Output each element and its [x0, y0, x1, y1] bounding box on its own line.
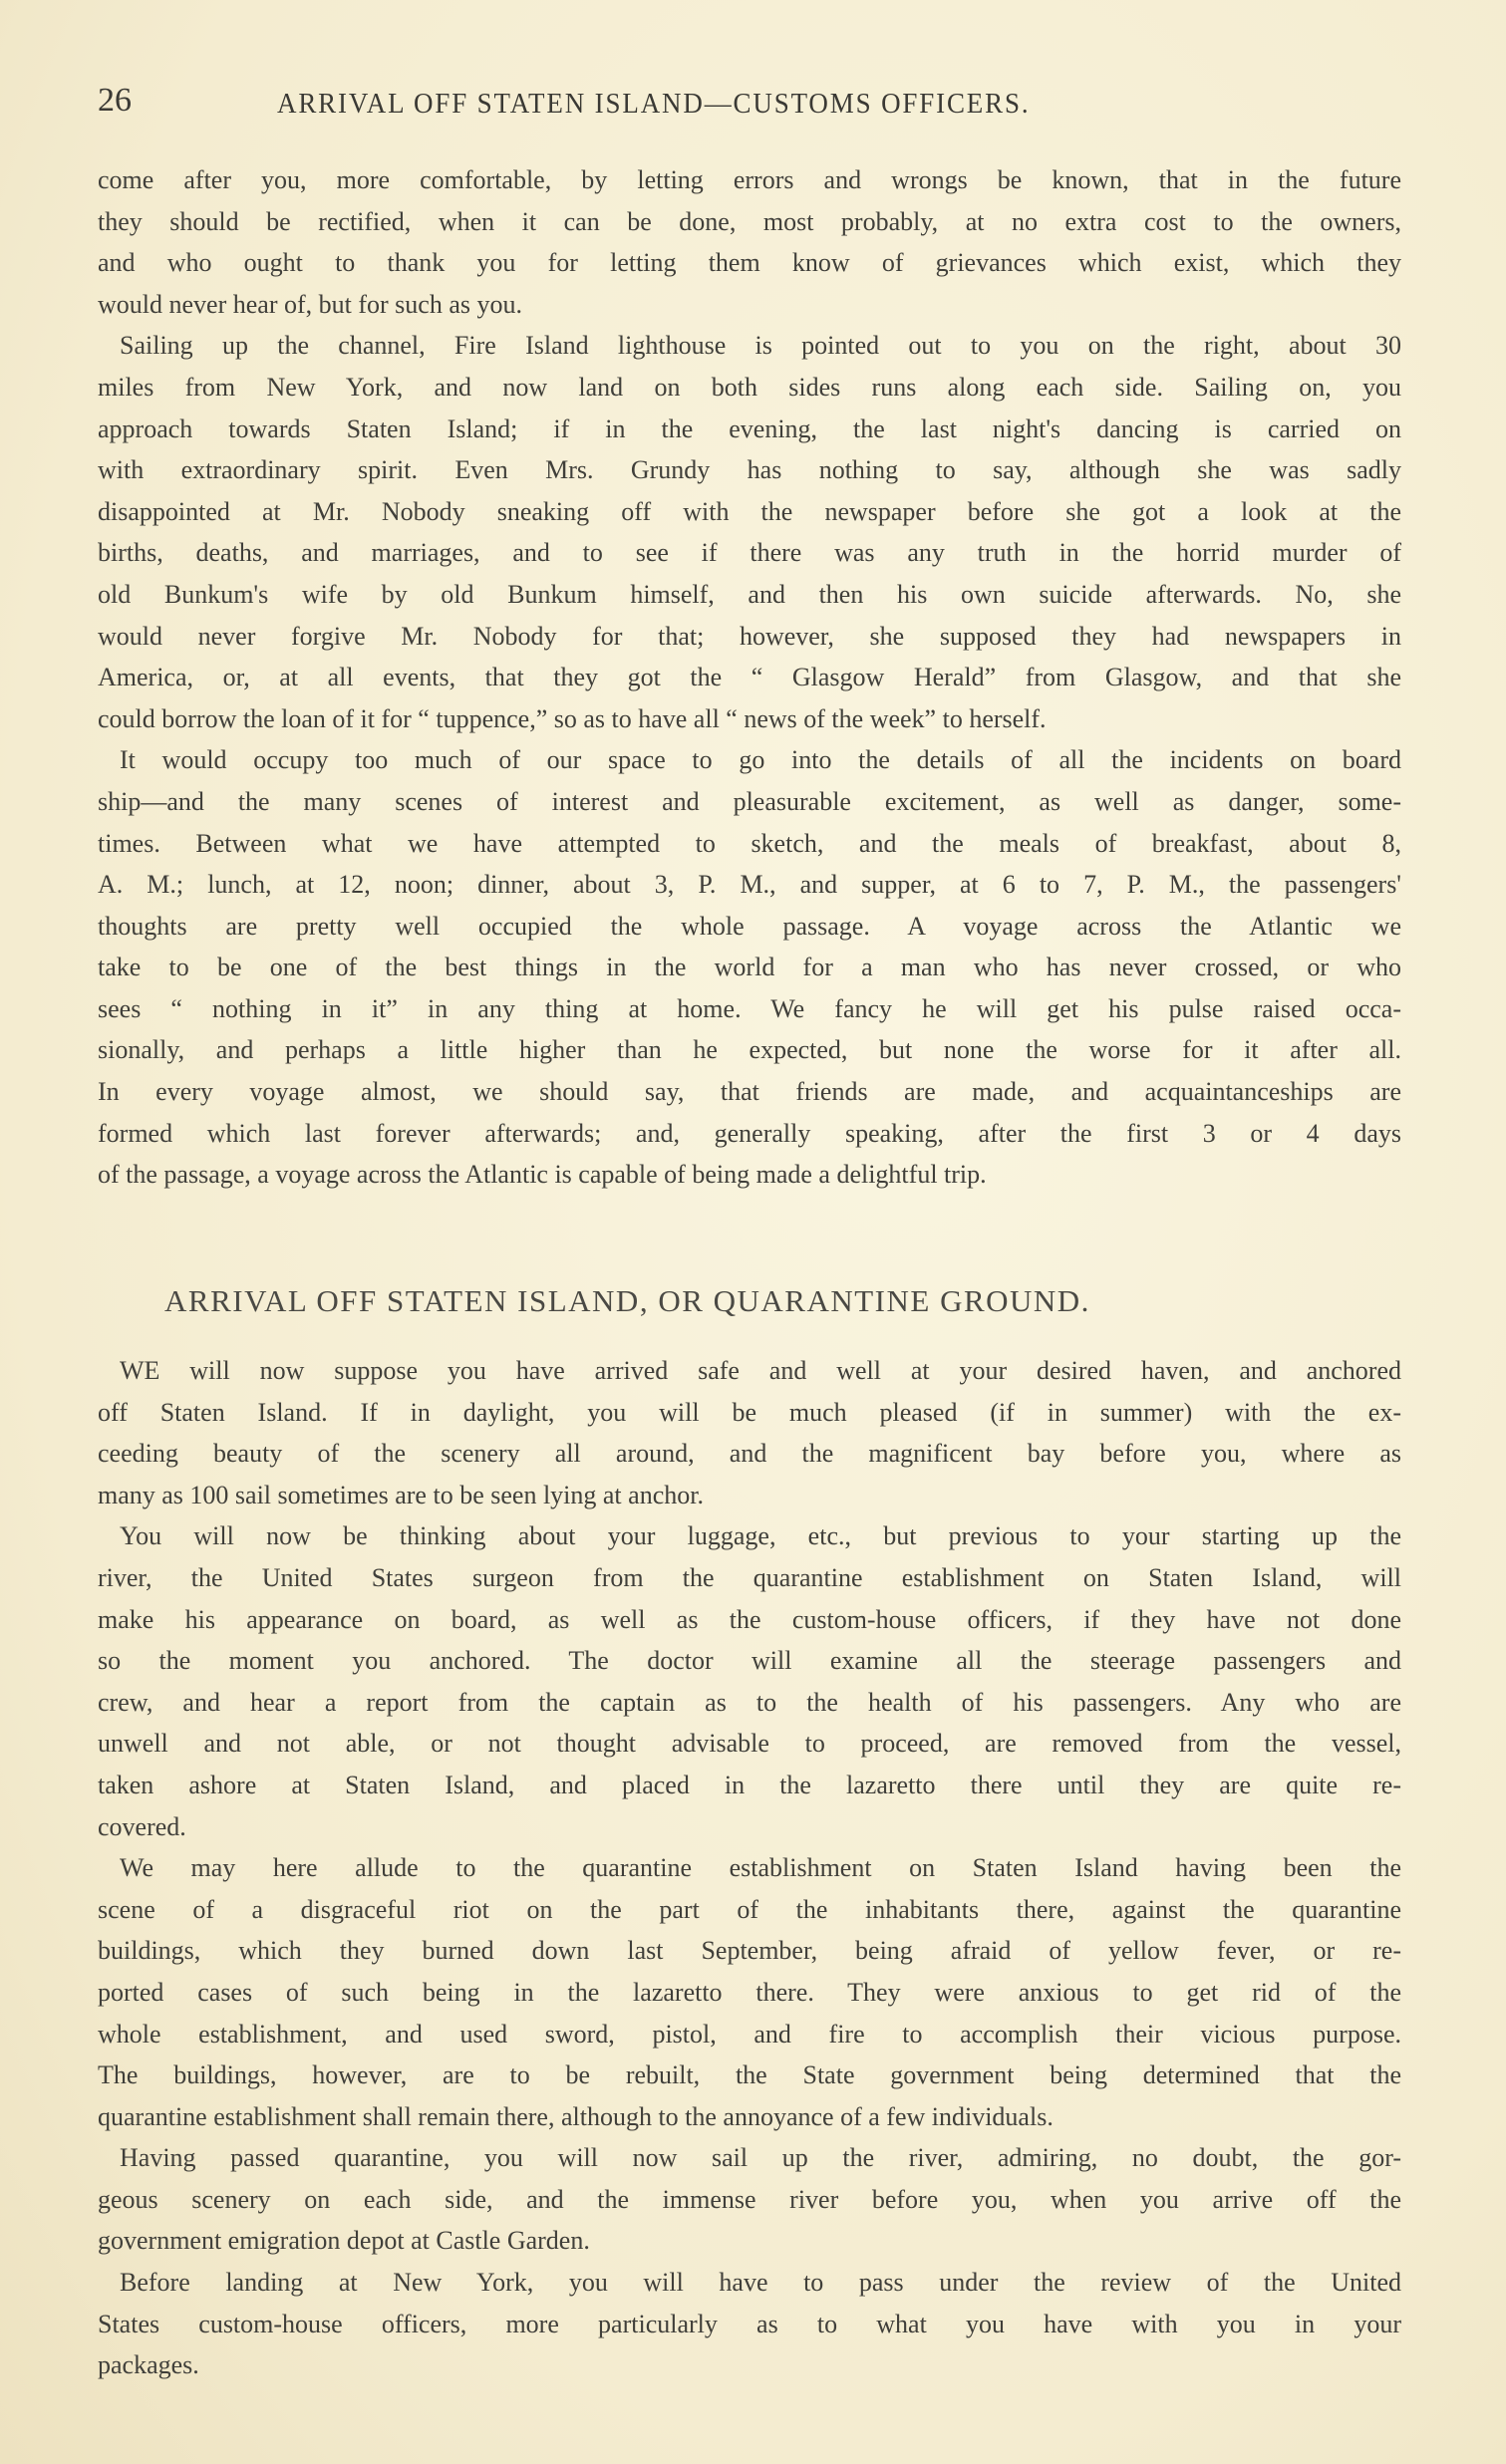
- text-line: ported cases of such being in the lazare…: [98, 1972, 1401, 2014]
- text-line: Sailing up the channel, Fire Island ligh…: [98, 325, 1401, 367]
- page-header: 26 ARRIVAL OFF STATEN ISLAND—CUSTOMS OFF…: [98, 82, 1413, 132]
- text-line: so the moment you anchored. The doctor w…: [98, 1640, 1401, 1682]
- text-line: births, deaths, and marriages, and to se…: [98, 532, 1401, 574]
- text-line: come after you, more comfortable, by let…: [98, 159, 1401, 201]
- text-line: thoughts are pretty well occupied the wh…: [98, 906, 1401, 948]
- text-line: off Staten Island. If in daylight, you w…: [98, 1392, 1401, 1434]
- text-line: The buildings, however, are to be rebuil…: [98, 2054, 1401, 2096]
- text-line: buildings, which they burned down last S…: [98, 1930, 1401, 1972]
- text-line: and who ought to thank you for letting t…: [98, 242, 1401, 284]
- text-line: approach towards Staten Island; if in th…: [98, 409, 1401, 450]
- text-line: covered.: [98, 1806, 1401, 1848]
- text-line: of the passage, a voyage across the Atla…: [98, 1154, 1401, 1196]
- text-line: whole establishment, and used sword, pis…: [98, 2014, 1401, 2055]
- text-line: We may here allude to the quarantine est…: [98, 1847, 1401, 1889]
- text-line: quarantine establishment shall remain th…: [98, 2096, 1401, 2138]
- section-heading: ARRIVAL OFF STATEN ISLAND, OR QUARANTINE…: [164, 1283, 1341, 1319]
- text-line: formed which last forever afterwards; an…: [98, 1113, 1401, 1155]
- text-line: You will now be thinking about your lugg…: [98, 1515, 1401, 1557]
- text-line: States custom-house officers, more parti…: [98, 2304, 1401, 2345]
- text-line: make his appearance on board, as well as…: [98, 1599, 1401, 1641]
- section-2-body: WE will now suppose you have arrived saf…: [98, 1350, 1401, 2386]
- text-line: America, or, at all events, that they go…: [98, 657, 1401, 698]
- text-line: scene of a disgraceful riot on the part …: [98, 1889, 1401, 1931]
- text-line: could borrow the loan of it for “ tuppen…: [98, 698, 1401, 740]
- text-line: Before landing at New York, you will hav…: [98, 2262, 1401, 2304]
- text-line: with extraordinary spirit. Even Mrs. Gru…: [98, 449, 1401, 491]
- running-head: ARRIVAL OFF STATEN ISLAND—CUSTOMS OFFICE…: [277, 88, 1030, 121]
- text-line: would never hear of, but for such as you…: [98, 284, 1401, 326]
- text-line: government emigration depot at Castle Ga…: [98, 2220, 1401, 2262]
- text-line: times. Between what we have attempted to…: [98, 823, 1401, 865]
- text-line: geous scenery on each side, and the imme…: [98, 2179, 1401, 2221]
- text-line: A. M.; lunch, at 12, noon; dinner, about…: [98, 864, 1401, 906]
- text-line: ship—and the many scenes of interest and…: [98, 781, 1401, 823]
- text-line: would never forgive Mr. Nobody for that;…: [98, 616, 1401, 658]
- text-line: crew, and hear a report from the captain…: [98, 1682, 1401, 1724]
- section-1-body: come after you, more comfortable, by let…: [98, 159, 1401, 1196]
- text-line: Having passed quarantine, you will now s…: [98, 2137, 1401, 2179]
- text-line: taken ashore at Staten Island, and place…: [98, 1765, 1401, 1806]
- text-line: It would occupy too much of our space to…: [98, 739, 1401, 781]
- text-line: ceeding beauty of the scenery all around…: [98, 1433, 1401, 1475]
- text-line: many as 100 sail sometimes are to be see…: [98, 1475, 1401, 1516]
- text-line: disappointed at Mr. Nobody sneaking off …: [98, 491, 1401, 533]
- text-line: take to be one of the best things in the…: [98, 947, 1401, 988]
- text-line: river, the United States surgeon from th…: [98, 1557, 1401, 1599]
- text-line: In every voyage almost, we should say, t…: [98, 1071, 1401, 1113]
- text-line: sees “ nothing in it” in any thing at ho…: [98, 988, 1401, 1030]
- text-line: old Bunkum's wife by old Bunkum himself,…: [98, 574, 1401, 616]
- page-number: 26: [98, 82, 132, 120]
- text-line: miles from New York, and now land on bot…: [98, 367, 1401, 409]
- text-line: they should be rectified, when it can be…: [98, 201, 1401, 243]
- text-line: sionally, and perhaps a little higher th…: [98, 1029, 1401, 1071]
- text-line: packages.: [98, 2344, 1401, 2386]
- text-line: WE will now suppose you have arrived saf…: [98, 1350, 1401, 1392]
- text-line: unwell and not able, or not thought advi…: [98, 1723, 1401, 1765]
